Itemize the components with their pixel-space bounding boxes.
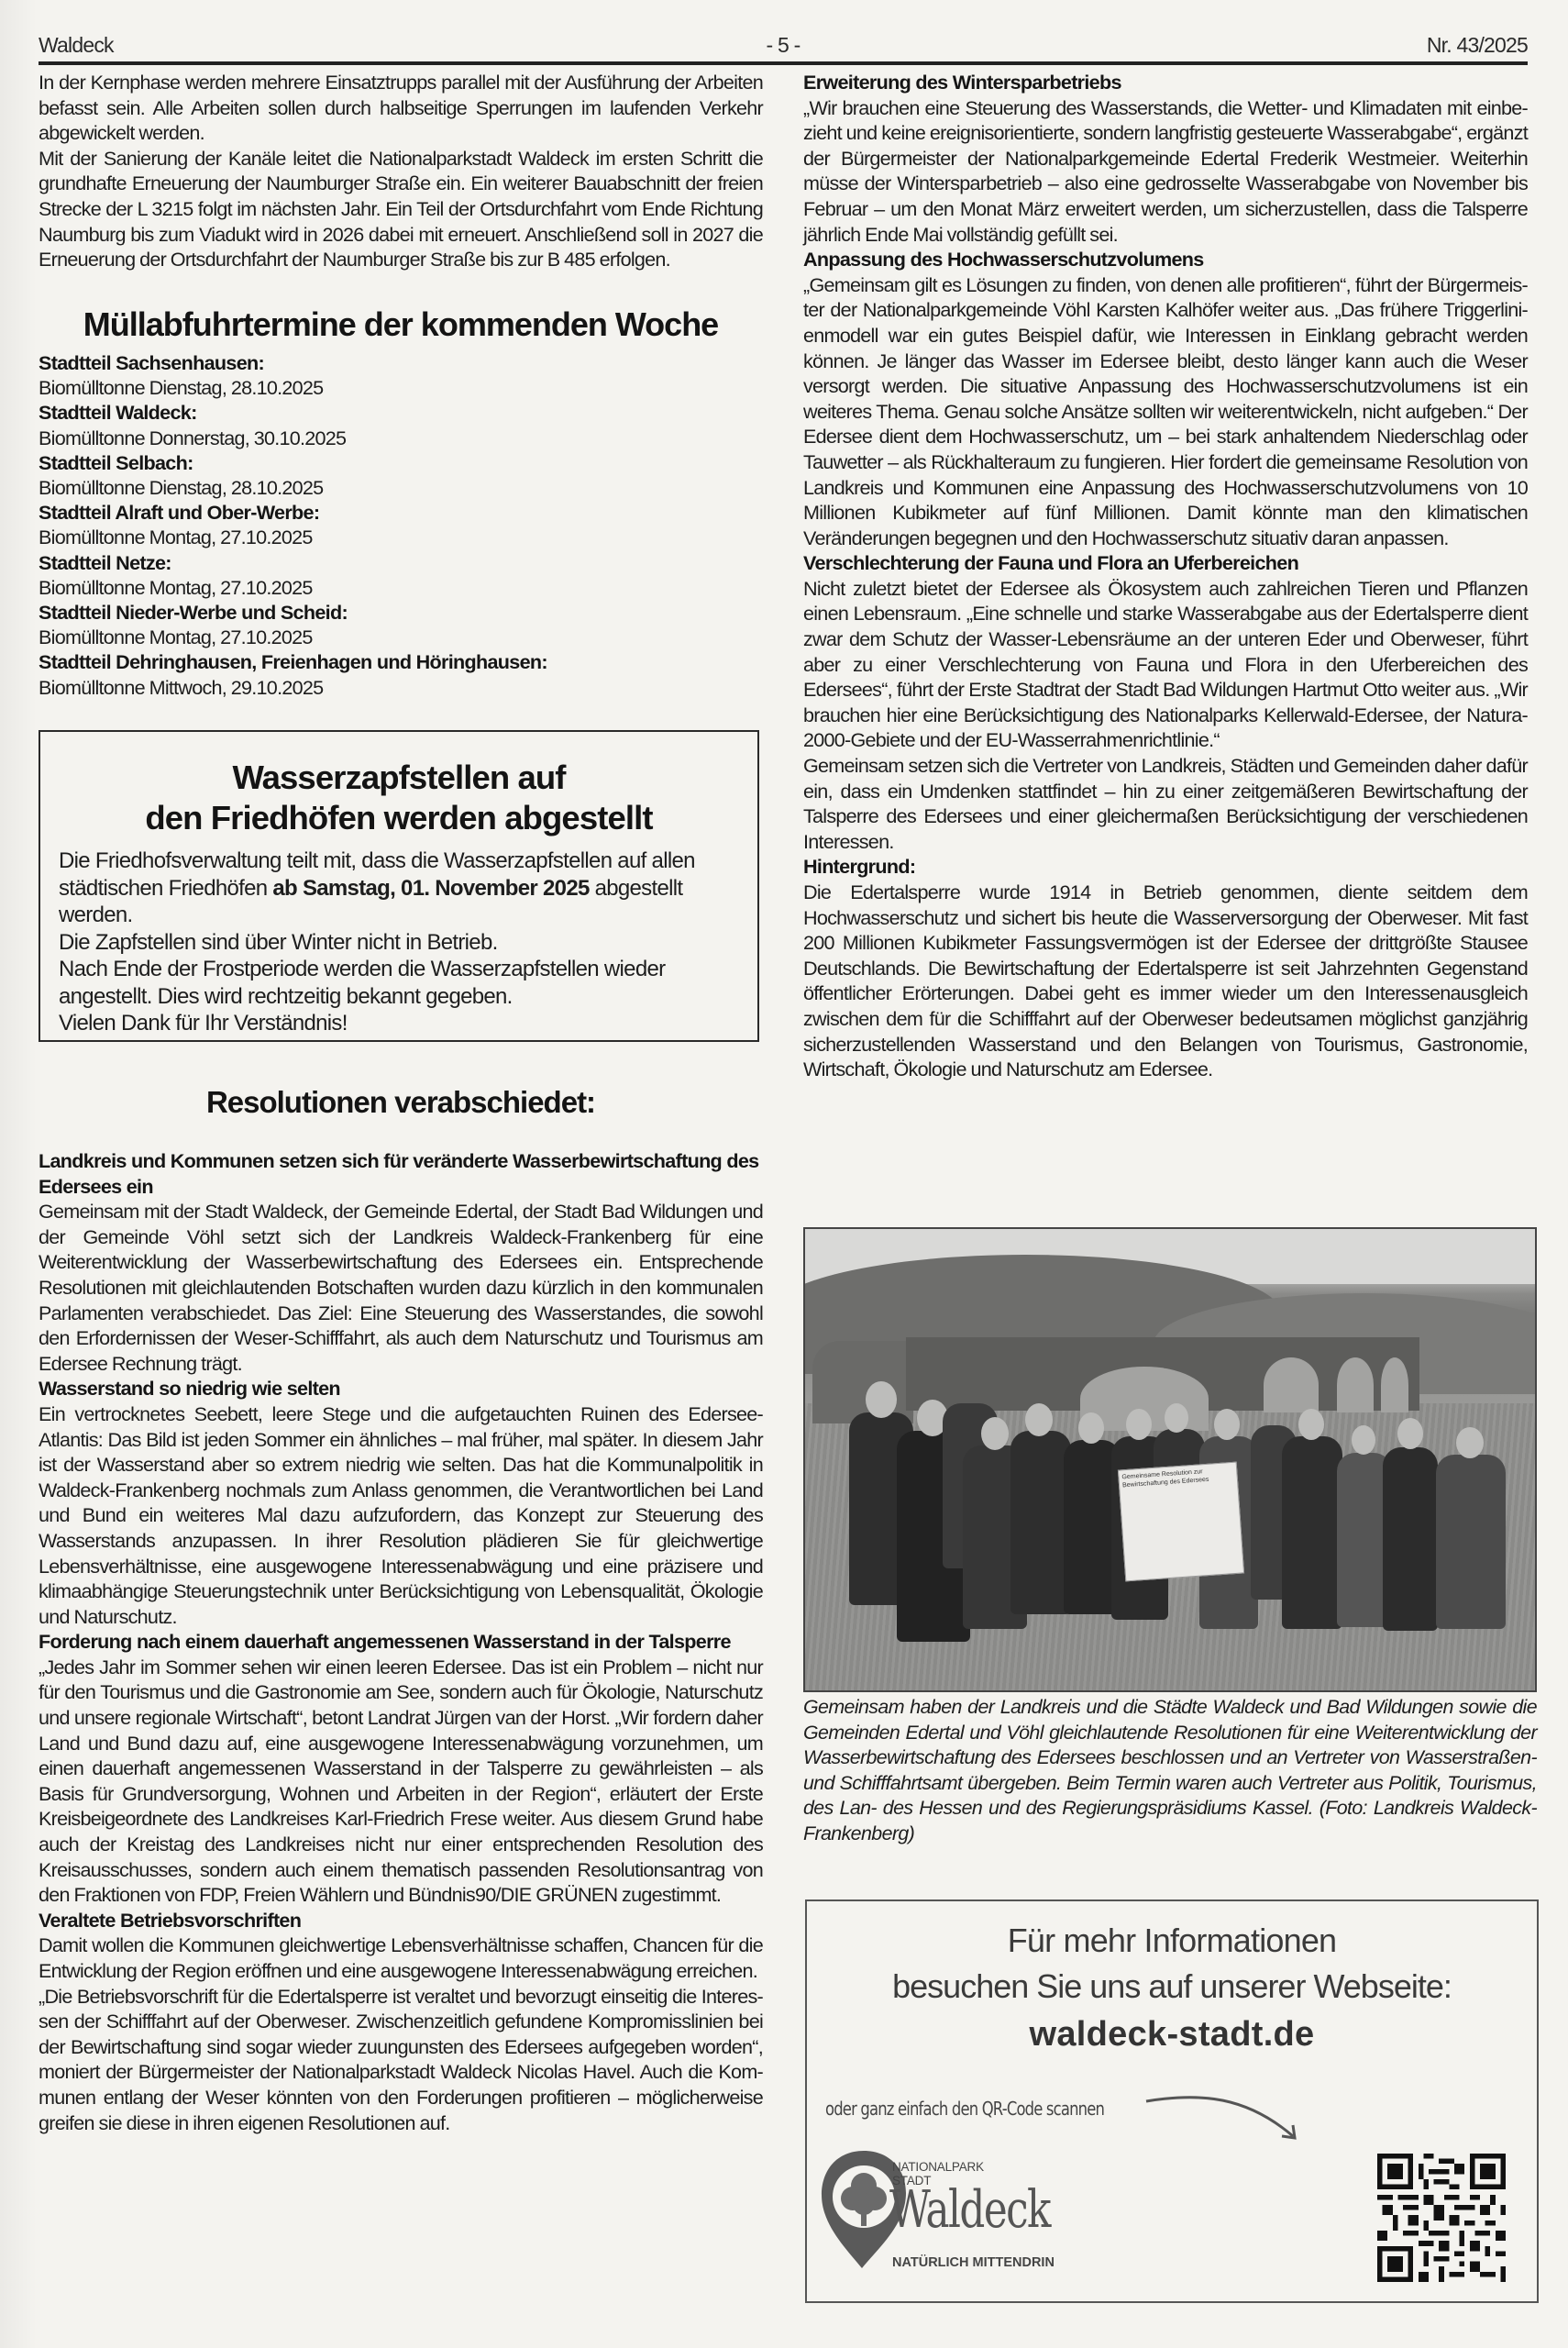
- pickup-date: Biomülltonne Dienstag, 28.10.2025: [39, 375, 763, 400]
- intro-paragraph-2: Mit der Sanierung der Kanäle leitet die …: [39, 146, 763, 272]
- waste-entry: Stadtteil Alraft und Ober-Werbe: Biomüll…: [39, 500, 763, 549]
- pickup-date: Biomülltonne Dienstag, 28.10.2025: [39, 475, 763, 500]
- photo-person-head: [1456, 1427, 1484, 1458]
- intro-paragraph-1: In der Kernphase werden mehrere Einsatzt…: [39, 70, 763, 146]
- notice-title-line-2: den Friedhöfen werden abgestellt: [145, 799, 652, 836]
- district-name: Stadtteil Sachsenhausen:: [39, 350, 763, 375]
- photo-person: [1282, 1436, 1342, 1629]
- district-name: Stadtteil Nieder-Werbe und Scheid:: [39, 600, 763, 625]
- section-heading: Wasserstand so niedrig wie selten: [39, 1376, 763, 1401]
- photo-person-head: [1025, 1403, 1053, 1436]
- issue-number: Nr. 43/2025: [1427, 33, 1528, 58]
- curved-arrow-icon: [1137, 2092, 1339, 2147]
- waste-schedule-title: Müllabfuhrtermine der kommenden Woche: [39, 305, 763, 345]
- section-paragraph: „Wir brauchen eine Steuerung des Wassers…: [803, 95, 1528, 248]
- pickup-date: Biomülltonne Mittwoch, 29.10.2025: [39, 675, 763, 700]
- page-header: Waldeck - 5 - Nr. 43/2025: [39, 28, 1528, 64]
- section-heading: Erweiterung des Wintersparbetriebs: [803, 70, 1528, 95]
- notice-text: Die Zapfstellen sind über Winter nicht i…: [59, 930, 498, 955]
- section-heading: Forderung nach einem dauerhaft angemesse…: [39, 1629, 763, 1655]
- intro-article: In der Kernphase werden mehrere Einsatzt…: [39, 70, 763, 272]
- photo-resolution-banner: Gemeinsame Resolution zur Bewirtschaftun…: [1118, 1462, 1244, 1582]
- district-name: Stadtteil Selbach:: [39, 450, 763, 475]
- section-paragraph: Damit wollen die Kommunen gleichwertige …: [39, 1933, 763, 1983]
- photo-caption: Gemeinsam haben der Landkreis und die St…: [803, 1695, 1537, 1846]
- pickup-date: Biomülltonne Montag, 27.10.2025: [39, 625, 763, 649]
- waste-entry: Stadtteil Dehringhausen, Freienhagen und…: [39, 649, 763, 699]
- photo-person-head: [1352, 1425, 1375, 1455]
- waste-schedule: Müllabfuhrtermine der kommenden Woche St…: [39, 305, 763, 700]
- ad-line-2: besuchen Sie uns auf unserer Webseite:: [807, 1967, 1537, 2006]
- photo-person-head: [1165, 1403, 1188, 1433]
- section-paragraph: Gemeinsam setzen sich die Vertreter von …: [803, 753, 1528, 854]
- section-paragraph: Die Edertalsperre wurde 1914 in Betrieb …: [803, 880, 1528, 1082]
- resolution-article: Resolutionen verabschiedet: Landkreis un…: [39, 1082, 763, 2135]
- logo-subtitle-line-1: NATIONALPARK: [892, 2160, 984, 2174]
- waste-entry: Stadtteil Netze: Biomülltonne Montag, 27…: [39, 550, 763, 600]
- photo-person-head: [1298, 1409, 1324, 1440]
- notice-thanks: Vielen Dank für Ihr Verständnis!: [59, 1011, 348, 1036]
- photo-bridge-arch: [1381, 1357, 1408, 1412]
- qr-hint: oder ganz einfach den QR-Code scannen: [825, 2098, 1104, 2120]
- district-name: Stadtteil Dehringhausen, Freienhagen und…: [39, 649, 763, 674]
- waste-entry: Stadtteil Selbach: Biomülltonne Dienstag…: [39, 450, 763, 500]
- waste-entry: Stadtteil Sachsenhausen: Biomülltonne Di…: [39, 350, 763, 400]
- photo-person: [1383, 1447, 1438, 1631]
- notice-box-water-taps: Wasserzapfstellen auf den Friedhöfen wer…: [39, 730, 759, 1042]
- notice-body: Die Friedhofsverwaltung teilt mit, dass …: [59, 847, 739, 1037]
- notice-date-highlight: ab Samstag, 01. November 2025: [272, 876, 589, 901]
- pickup-date: Biomülltonne Montag, 27.10.2025: [39, 525, 763, 549]
- photo-person-head: [1126, 1409, 1152, 1440]
- photo-bridge-arch: [1264, 1357, 1319, 1412]
- notice-title: Wasserzapfstellen auf den Friedhöfen wer…: [40, 758, 757, 838]
- photo-person: [1436, 1455, 1506, 1629]
- section-paragraph: Nicht zuletzt bietet der Edersee als Öko…: [803, 576, 1528, 753]
- district-name: Stadtteil Waldeck:: [39, 400, 763, 425]
- photo-person-head: [1078, 1412, 1104, 1444]
- logo-wordmark: Waldeck: [889, 2180, 1050, 2240]
- section-paragraph: „Die Betriebsvorschrift für die Edertals…: [39, 1984, 763, 2136]
- section-heading: Anpassung des Hochwasserschutzvolumens: [803, 247, 1528, 272]
- qr-code[interactable]: [1377, 2153, 1506, 2283]
- waste-entry: Stadtteil Nieder-Werbe und Scheid: Biomü…: [39, 600, 763, 649]
- pickup-date: Biomülltonne Montag, 27.10.2025: [39, 575, 763, 600]
- district-name: Stadtteil Netze:: [39, 550, 763, 575]
- photo-person-head: [1397, 1418, 1423, 1449]
- notice-text: Nach Ende der Frostperiode werden die Wa…: [59, 957, 665, 1009]
- photo-bridge-arch: [1337, 1357, 1374, 1412]
- photo-person: [1010, 1431, 1071, 1614]
- paper-shadow: [0, 0, 37, 2348]
- section-paragraph: Gemeinsam mit der Stadt Waldeck, der Gem…: [39, 1199, 763, 1376]
- section-paragraph: Ein vertrocknetes Seebett, leere Stege u…: [39, 1401, 763, 1629]
- resolution-title: Resolutionen verabschiedet:: [39, 1082, 763, 1123]
- section-heading: Hintergrund:: [803, 854, 1528, 880]
- section-heading: Verschlechterung der Fauna und Flora an …: [803, 550, 1528, 576]
- section-heading: Landkreis und Kommunen setzen sich für v…: [39, 1148, 763, 1199]
- photo-person-head: [981, 1417, 1009, 1450]
- photo-person-head: [866, 1381, 897, 1418]
- resolution-article-continued: Erweiterung des Wintersparbetriebs „Wir …: [803, 70, 1528, 1082]
- page-number: - 5 -: [39, 33, 1528, 58]
- photo-person-head: [1214, 1409, 1240, 1440]
- section-heading: Veraltete Betriebsvorschriften: [39, 1908, 763, 1933]
- pickup-date: Biomülltonne Donnerstag, 30.10.2025: [39, 426, 763, 450]
- notice-title-line-1: Wasserzapfstellen auf: [232, 759, 565, 796]
- section-paragraph: „Gemeinsam gilt es Lösungen zu finden, v…: [803, 272, 1528, 551]
- header-rule: [39, 61, 1528, 65]
- website-link[interactable]: waldeck-stadt.de: [807, 2015, 1537, 2054]
- group-photo: Gemeinsame Resolution zur Bewirtschaftun…: [803, 1227, 1537, 1692]
- photo-stone-wall: [812, 1341, 913, 1423]
- waste-entry: Stadtteil Waldeck: Biomülltonne Donnerst…: [39, 400, 763, 449]
- section-paragraph: „Jedes Jahr im Sommer sehen wir einen le…: [39, 1655, 763, 1908]
- website-ad-box: Für mehr Informationen besuchen Sie uns …: [805, 1899, 1539, 2303]
- logo-tagline: NATÜRLICH MITTENDRIN: [892, 2255, 1055, 2270]
- ad-line-1: Für mehr Informationen: [807, 1922, 1537, 1960]
- district-name: Stadtteil Alraft und Ober-Werbe:: [39, 500, 763, 525]
